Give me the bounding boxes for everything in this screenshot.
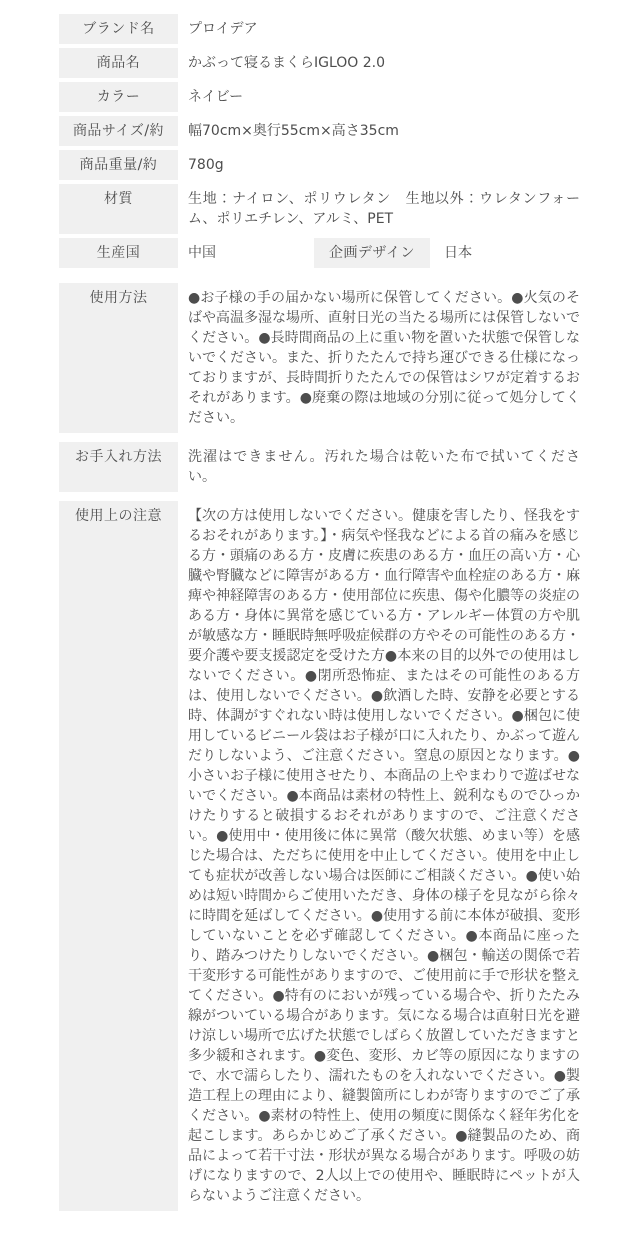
spec-label-usage: 使用方法	[59, 283, 178, 433]
spec-label-design-country: 企画デザイン	[314, 238, 430, 268]
product-spec-table: ブランド名 プロイデア 商品名 かぶって寝るまくらIGLOO 2.0 カラー ネ…	[59, 14, 580, 1220]
spec-label-care: お手入れ方法	[59, 442, 178, 492]
spec-label-product-name: 商品名	[59, 48, 178, 78]
spec-value-country-of-origin: 中国	[188, 238, 314, 268]
spec-row-brand: ブランド名 プロイデア	[59, 14, 580, 44]
spec-value-color: ネイビー	[178, 82, 580, 112]
spec-value-country-group: 中国 企画デザイン 日本	[178, 238, 580, 268]
spec-row-color: カラー ネイビー	[59, 82, 580, 112]
spec-label-country-of-origin: 生産国	[59, 238, 178, 268]
spec-value-weight: 780g	[178, 150, 580, 180]
spec-label-weight: 商品重量/約	[59, 150, 178, 180]
spec-row-country: 生産国 中国 企画デザイン 日本	[59, 238, 580, 268]
spec-value-precautions: 【次の方は使用しないでください。健康を害したり、怪我をするおそれがあります。】・…	[178, 501, 580, 1211]
spec-value-material: 生地：ナイロン、ポリウレタン 生地以外：ウレタンフォーム、ポリエチレン、アルミ、…	[178, 184, 580, 234]
spec-value-brand: プロイデア	[178, 14, 580, 44]
spec-value-product-name: かぶって寝るまくらIGLOO 2.0	[178, 48, 580, 78]
spec-row-precautions: 使用上の注意 【次の方は使用しないでください。健康を害したり、怪我をするおそれが…	[59, 501, 580, 1211]
spec-row-product-name: 商品名 かぶって寝るまくらIGLOO 2.0	[59, 48, 580, 78]
spec-label-material: 材質	[59, 184, 178, 234]
spec-row-material: 材質 生地：ナイロン、ポリウレタン 生地以外：ウレタンフォーム、ポリエチレン、ア…	[59, 184, 580, 234]
product-spec-page: ブランド名 プロイデア 商品名 かぶって寝るまくらIGLOO 2.0 カラー ネ…	[0, 0, 640, 1240]
spec-label-precautions: 使用上の注意	[59, 501, 178, 1211]
spec-label-size: 商品サイズ/約	[59, 116, 178, 146]
spec-value-size: 幅70cm×奥行55cm×高さ35cm	[178, 116, 580, 146]
spec-value-design-country: 日本	[430, 238, 472, 268]
spec-label-color: カラー	[59, 82, 178, 112]
spec-value-care: 洗濯はできません。汚れた場合は乾いた布で拭いてください。	[178, 442, 580, 492]
spec-row-weight: 商品重量/約 780g	[59, 150, 580, 180]
spec-row-size: 商品サイズ/約 幅70cm×奥行55cm×高さ35cm	[59, 116, 580, 146]
spec-label-brand: ブランド名	[59, 14, 178, 44]
spec-row-usage: 使用方法 ●お子様の手の届かない場所に保管してください。●火気のそばや高温多湿な…	[59, 283, 580, 433]
spec-value-usage: ●お子様の手の届かない場所に保管してください。●火気のそばや高温多湿な場所、直射…	[178, 283, 580, 433]
spec-row-care: お手入れ方法 洗濯はできません。汚れた場合は乾いた布で拭いてください。	[59, 442, 580, 492]
